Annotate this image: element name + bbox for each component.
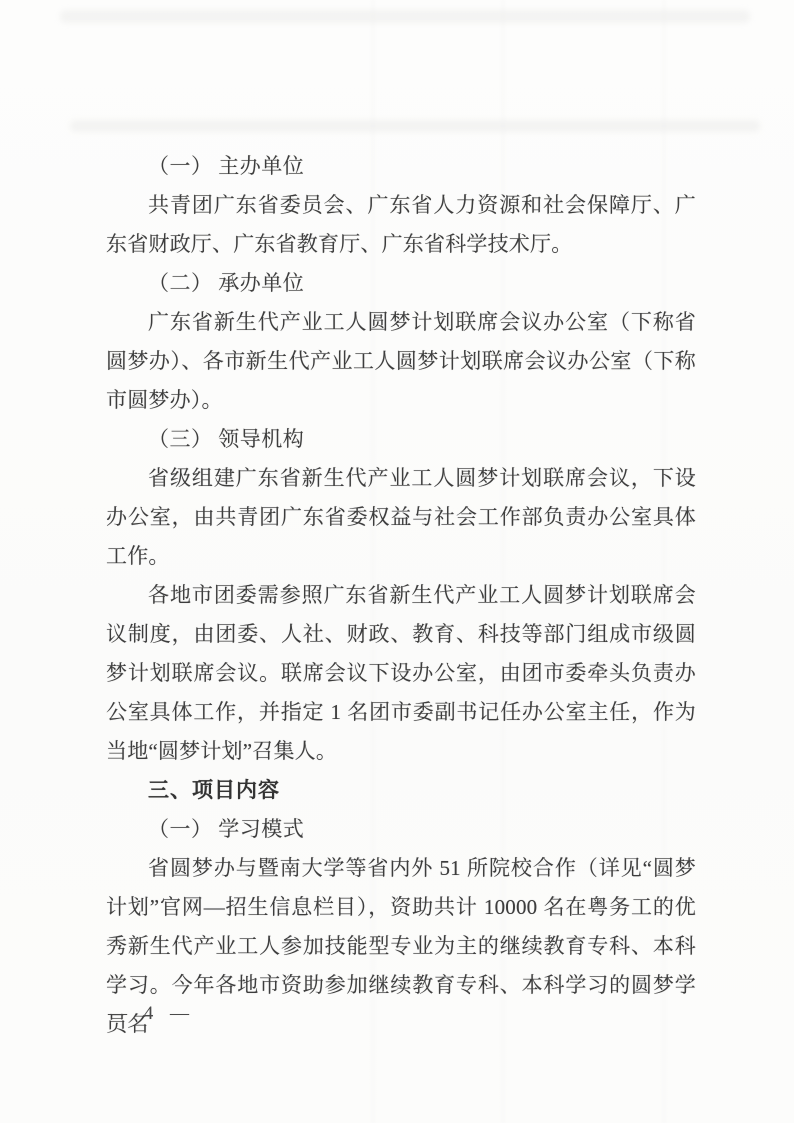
section-heading-project-content: 三、项目内容 [106,771,696,810]
scan-artifact-upper [70,120,760,132]
body-paragraph-undertaker-offices: 广东省新生代产业工人圆梦计划联席会议办公室（下称省圆梦办）、各市新生代产业工人圆… [106,303,696,420]
body-paragraph-provincial-meeting: 省级组建广东省新生代产业工人圆梦计划联席会议，下设办公室，由共青团广东省委权益与… [106,459,696,576]
section-subheading-organizer: （一） 主办单位 [106,147,696,186]
section-subheading-study-mode: （一） 学习模式 [106,810,696,849]
scanned-document-page: （一） 主办单位 共青团广东省委员会、广东省人力资源和社会保障厅、广东省财政厅、… [0,0,794,1123]
body-paragraph-organizers-list: 共青团广东省委员会、广东省人力资源和社会保障厅、广东省财政厅、广东省教育厅、广东… [106,186,696,264]
section-subheading-undertaker: （二） 承办单位 [106,264,696,303]
scan-artifact-top [60,10,750,23]
page-number: — 4 — [108,1003,195,1025]
section-subheading-leadership: （三） 领导机构 [106,420,696,459]
document-body: （一） 主办单位 共青团广东省委员会、广东省人力资源和社会保障厅、广东省财政厅、… [106,147,696,1044]
body-paragraph-city-meeting: 各地市团委需参照广东省新生代产业工人圆梦计划联席会议制度，由团委、人社、财政、教… [106,576,696,771]
